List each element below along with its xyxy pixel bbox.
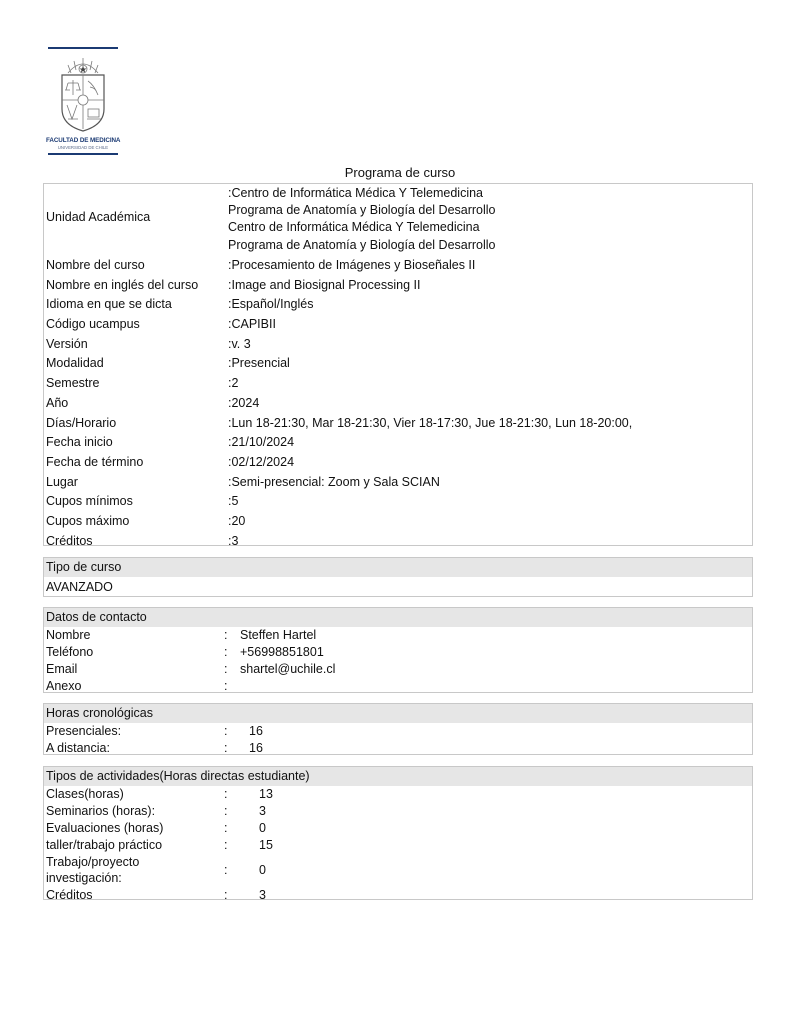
activity-credits-row: Créditos:3: [44, 887, 752, 904]
start-date-row: Fecha inicio:21/10/2024: [44, 433, 752, 453]
separator: :: [224, 887, 227, 904]
remote-hours-row: A distancia::16: [44, 740, 752, 757]
course-name-row: Nombre del curso:Procesamiento de Imágen…: [44, 256, 752, 276]
course-type-value: AVANZADO: [44, 577, 752, 597]
field-value: 0: [259, 862, 266, 879]
field-value: :CAPIBII: [228, 315, 276, 335]
field-label-line: Trabajo/proyecto: [46, 854, 139, 870]
section-header: Tipos de actividades(Horas directas estu…: [44, 767, 752, 786]
schedule-row: Días/Horario:Lun 18-21:30, Mar 18-21:30,…: [44, 414, 752, 434]
field-label: Cupos máximo: [46, 512, 129, 532]
contact-name-row: Nombre:Steffen Hartel: [44, 627, 752, 644]
course-english-name-row: Nombre en inglés del curso:Image and Bio…: [44, 276, 752, 296]
page-title: Programa de curso: [0, 165, 800, 180]
university-name: UNIVERSIDAD DE CHILE: [46, 145, 120, 150]
field-label: Email: [46, 661, 77, 678]
activities-section: Tipos de actividades(Horas directas estu…: [43, 766, 753, 900]
separator: :: [224, 740, 227, 757]
field-value: :Semi-presencial: Zoom y Sala SCIAN: [228, 473, 440, 493]
section-header: Tipo de curso: [44, 558, 752, 577]
field-label: Trabajo/proyecto investigación:: [46, 854, 139, 886]
field-label: Días/Horario: [46, 414, 116, 434]
section-header: Horas cronológicas: [44, 704, 752, 723]
field-label: Modalidad: [46, 354, 104, 374]
field-label: Evaluaciones (horas): [46, 820, 163, 837]
separator: :: [224, 786, 227, 803]
field-value: 0: [259, 820, 266, 837]
field-label: Anexo: [46, 678, 81, 695]
seminars-row: Seminarios (horas)::3: [44, 803, 752, 820]
field-label: Clases(horas): [46, 786, 124, 803]
field-label: Versión: [46, 335, 88, 355]
field-label: Fecha de término: [46, 453, 143, 473]
logo-bottom-bar: [48, 153, 118, 155]
field-label: Fecha inicio: [46, 433, 113, 453]
field-label: Unidad Académica: [46, 210, 150, 224]
faculty-name: FACULTAD DE MEDICINA: [46, 137, 120, 144]
field-value: 16: [249, 740, 263, 757]
field-value: 3: [259, 803, 266, 820]
field-label: Nombre del curso: [46, 256, 145, 276]
in-person-hours-row: Presenciales::16: [44, 723, 752, 740]
field-label: Presenciales:: [46, 723, 121, 740]
contact-email-row: Email:shartel@uchile.cl: [44, 661, 752, 678]
modality-row: Modalidad:Presencial: [44, 354, 752, 374]
ucampus-code-row: Código ucampus:CAPIBII: [44, 315, 752, 335]
field-value: :02/12/2024: [228, 453, 294, 473]
field-label: Créditos: [46, 532, 93, 552]
field-value: :21/10/2024: [228, 433, 294, 453]
field-value: 16: [249, 723, 263, 740]
field-label: Nombre: [46, 627, 90, 644]
location-row: Lugar:Semi-presencial: Zoom y Sala SCIAN: [44, 473, 752, 493]
field-value: Programa de Anatomía y Biología del Desa…: [228, 237, 496, 254]
contact-phone-row: Teléfono:+56998851801: [44, 644, 752, 661]
field-value: :v. 3: [228, 335, 251, 355]
field-label: Código ucampus: [46, 315, 140, 335]
separator: :: [224, 803, 227, 820]
university-crest-icon: [58, 53, 108, 135]
separator: :: [224, 837, 227, 854]
logo-top-bar: [48, 47, 118, 49]
field-value: :3: [228, 532, 238, 552]
field-label: Año: [46, 394, 68, 414]
end-date-row: Fecha de término:02/12/2024: [44, 453, 752, 473]
field-value: +56998851801: [240, 644, 324, 661]
separator: :: [224, 820, 227, 837]
version-row: Versión:v. 3: [44, 335, 752, 355]
field-label: Teléfono: [46, 644, 93, 661]
separator: :: [224, 644, 227, 661]
separator: :: [224, 627, 227, 644]
field-value: 15: [259, 837, 273, 854]
separator: :: [224, 661, 227, 678]
unidad-academica-values: :Centro de Informática Médica Y Telemedi…: [228, 185, 496, 254]
field-label: Seminarios (horas):: [46, 803, 155, 820]
field-label: A distancia:: [46, 740, 110, 757]
separator: :: [224, 862, 227, 879]
year-row: Año:2024: [44, 394, 752, 414]
faculty-logo: FACULTAD DE MEDICINA UNIVERSIDAD DE CHIL…: [46, 45, 120, 157]
evaluations-row: Evaluaciones (horas):0: [44, 820, 752, 837]
section-header: Datos de contacto: [44, 608, 752, 627]
field-value: 13: [259, 786, 273, 803]
field-label: Idioma en que se dicta: [46, 295, 172, 315]
field-value: 3: [259, 887, 266, 904]
field-value: :Image and Biosignal Processing II: [228, 276, 420, 296]
field-label: Nombre en inglés del curso: [46, 276, 198, 296]
field-label: taller/trabajo práctico: [46, 837, 162, 854]
max-seats-row: Cupos máximo:20: [44, 512, 752, 532]
field-value: :20: [228, 512, 245, 532]
field-label: Cupos mínimos: [46, 492, 133, 512]
field-value: :Presencial: [228, 354, 290, 374]
field-value: :Lun 18-21:30, Mar 18-21:30, Vier 18-17:…: [228, 414, 632, 434]
contact-section: Datos de contacto Nombre:Steffen Hartel …: [43, 607, 753, 693]
field-label: Créditos: [46, 887, 93, 904]
field-value: Centro de Informática Médica Y Telemedic…: [228, 219, 496, 236]
separator: :: [224, 678, 227, 695]
classes-row: Clases(horas):13: [44, 786, 752, 803]
field-value: :Procesamiento de Imágenes y Bioseñales …: [228, 256, 475, 276]
field-label: Semestre: [46, 374, 100, 394]
semester-row: Semestre:2: [44, 374, 752, 394]
hours-section: Horas cronológicas Presenciales::16 A di…: [43, 703, 753, 755]
unidad-academica-row: Unidad Académica :Centro de Informática …: [44, 184, 752, 256]
workshop-row: taller/trabajo práctico:15: [44, 837, 752, 854]
field-value: :Español/Inglés: [228, 295, 313, 315]
field-value: :2024: [228, 394, 259, 414]
course-info-section: Unidad Académica :Centro de Informática …: [43, 183, 753, 546]
min-seats-row: Cupos mínimos:5: [44, 492, 752, 512]
course-type-section: Tipo de curso AVANZADO: [43, 557, 753, 597]
contact-annex-row: Anexo:: [44, 678, 752, 695]
field-value: Steffen Hartel: [240, 627, 316, 644]
field-label: Lugar: [46, 473, 78, 493]
field-value: :2: [228, 374, 238, 394]
field-value: :5: [228, 492, 238, 512]
field-value: Programa de Anatomía y Biología del Desa…: [228, 202, 496, 219]
separator: :: [224, 723, 227, 740]
research-project-row: Trabajo/proyecto investigación: : 0: [44, 854, 752, 887]
language-row: Idioma en que se dicta:Español/Inglés: [44, 295, 752, 315]
field-label-line: investigación:: [46, 870, 139, 886]
credits-row: Créditos:3: [44, 532, 752, 552]
email-link[interactable]: shartel@uchile.cl: [240, 661, 335, 678]
field-value: :Centro de Informática Médica Y Telemedi…: [228, 185, 496, 202]
